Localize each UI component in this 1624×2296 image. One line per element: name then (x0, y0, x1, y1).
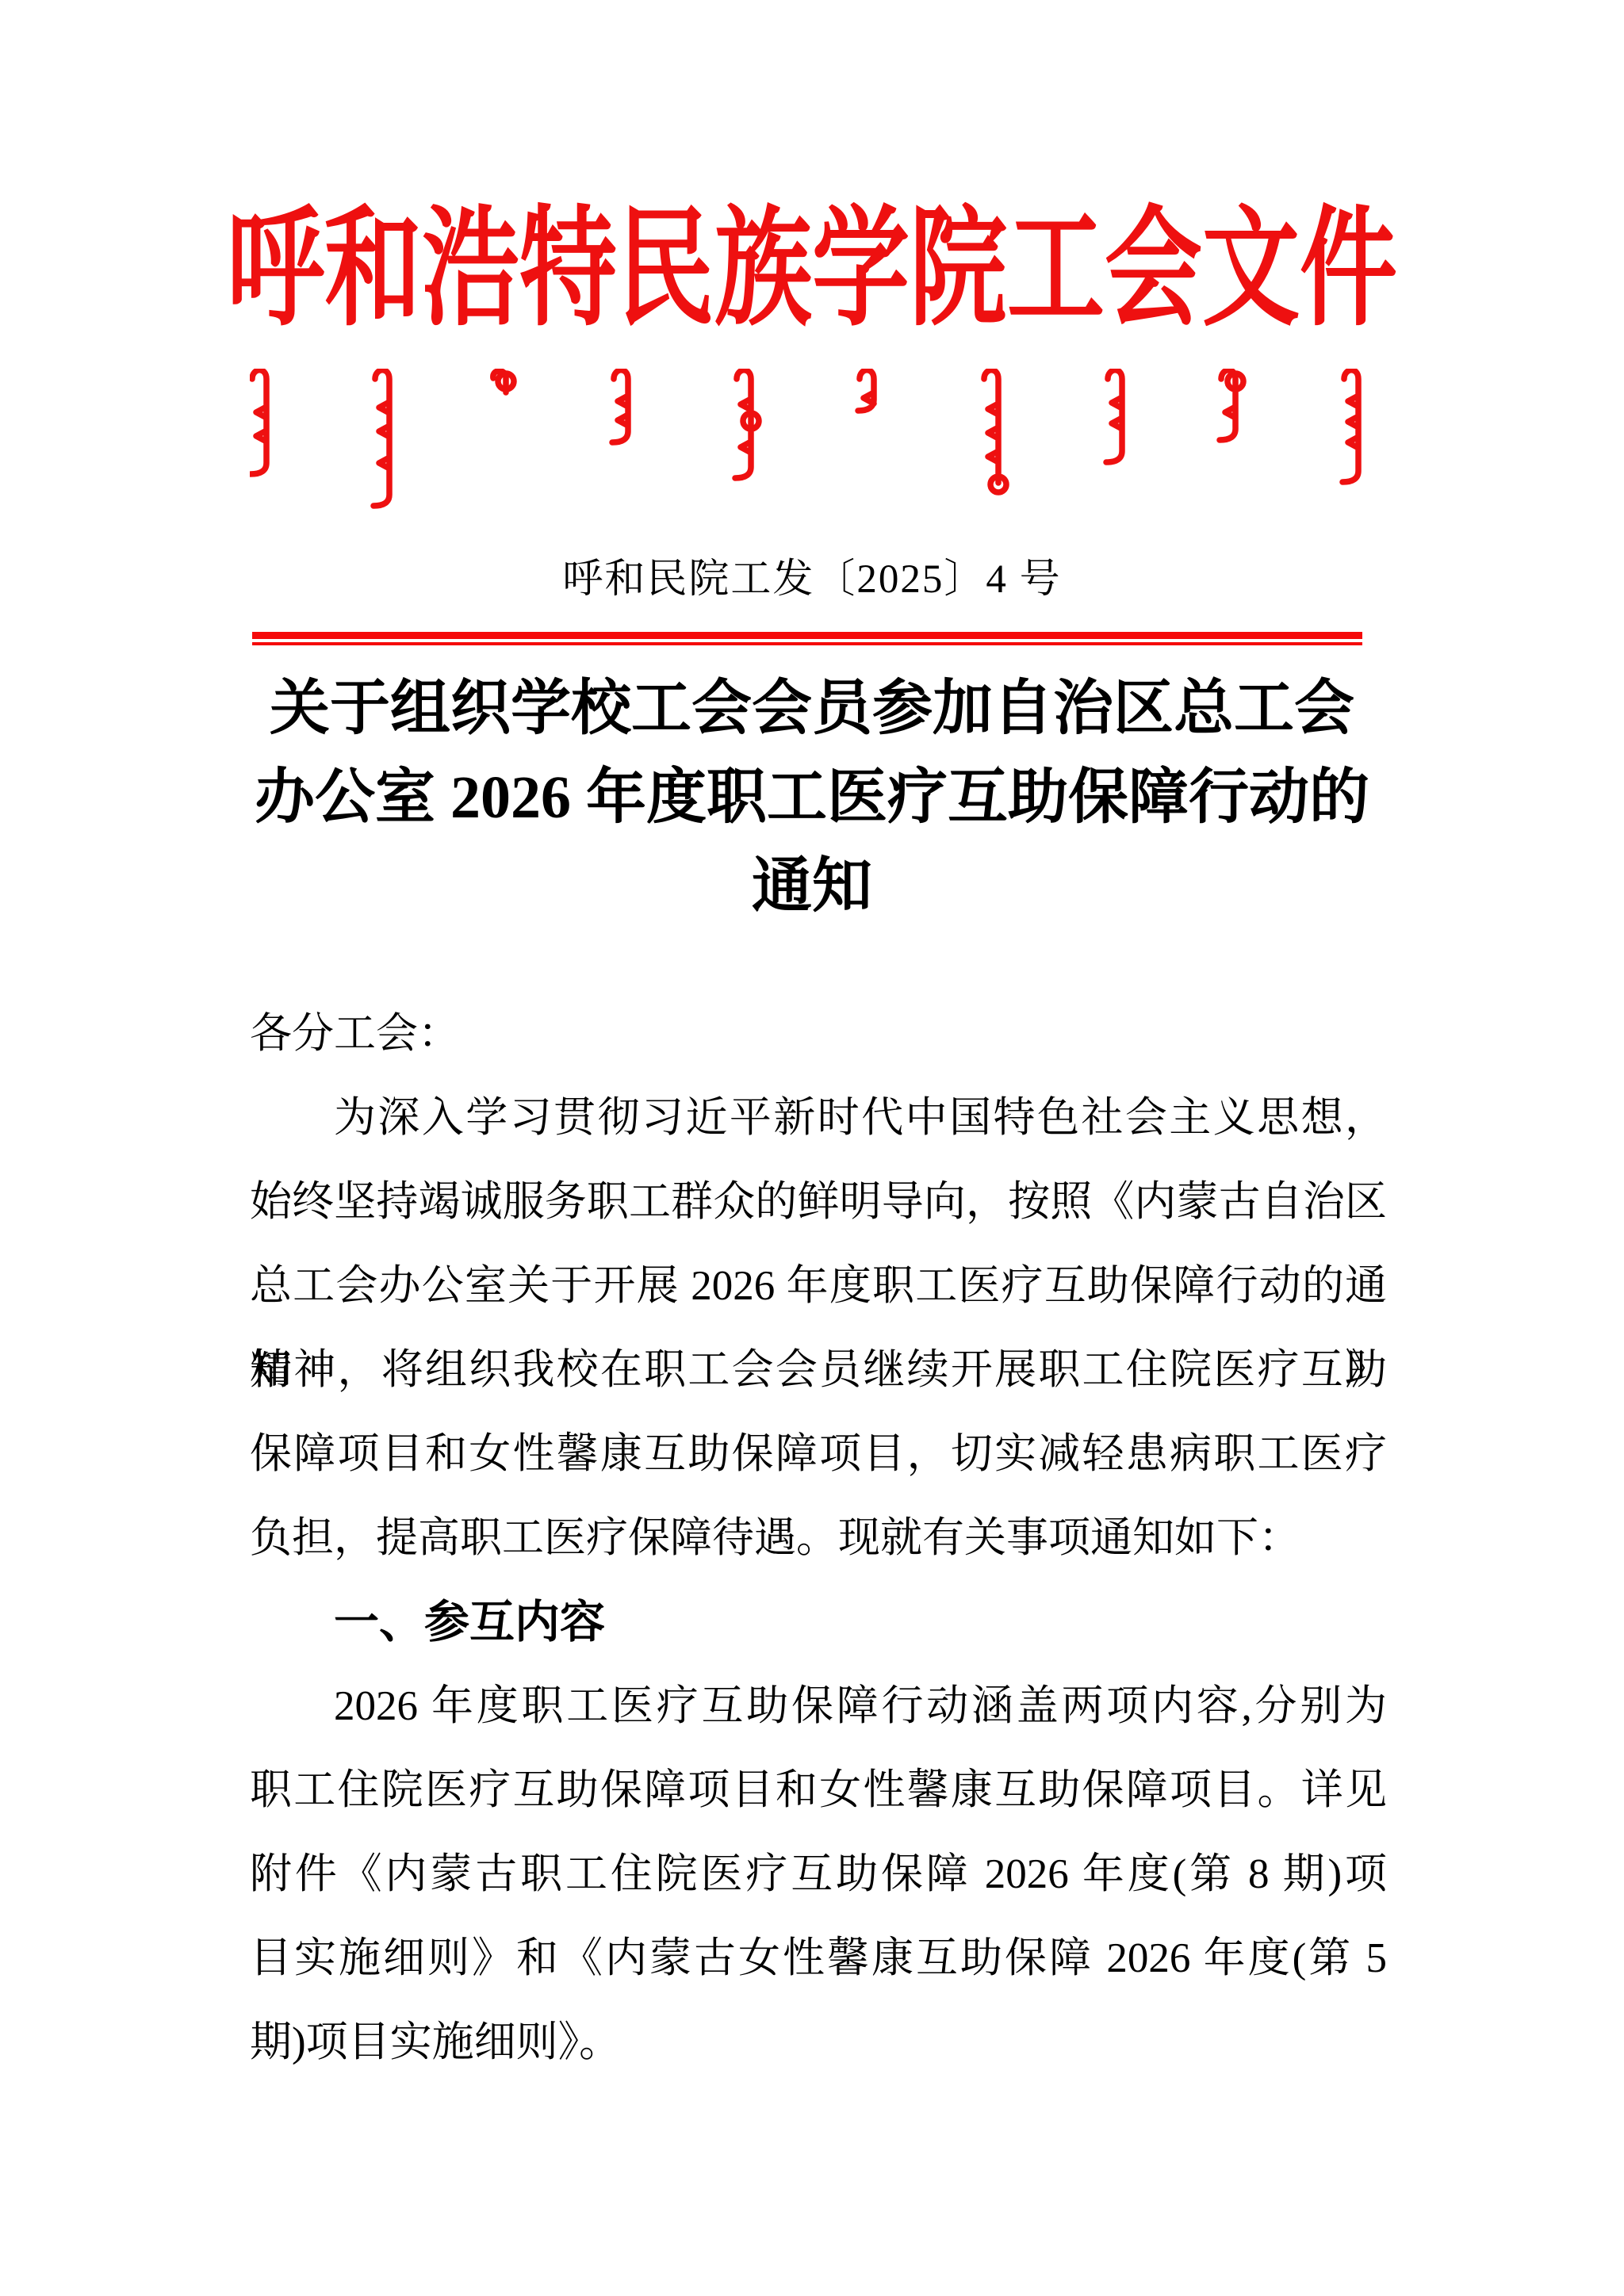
mongolian-script-strip (493, 371, 514, 392)
mongolian-script-strip (858, 370, 874, 411)
document-title-line: 通知 (0, 842, 1624, 931)
body-line: 期)项目实施细则》。 (250, 2000, 1387, 2084)
red-separator-rule (252, 632, 1362, 645)
body-line: 2026 年度职工医疗互助保障行动涵盖两项内容,分别为 (250, 1664, 1387, 1748)
body-line: 始终坚持竭诚服务职工群众的鲜明导向，按照《内蒙古自治区 (250, 1160, 1387, 1244)
document-body: 各分工会：为深入学习贯彻习近平新时代中国特色社会主义思想，始终坚持竭诚服务职工群… (250, 992, 1387, 2084)
document-title-line: 办公室 2026 年度职工医疗互助保障行动的 (0, 753, 1624, 842)
body-line: 精神，将组织我校在职工会会员继续开展职工住院医疗互助 (250, 1328, 1387, 1412)
body-line: 总工会办公室关于开展 2026 年度职工医疗互助保障行动的通知》 (250, 1244, 1387, 1328)
body-line: 职工住院医疗互助保障项目和女性馨康互助保障项目。详见 (250, 1748, 1387, 1832)
document-title: 关于组织学校工会会员参加自治区总工会 办公室 2026 年度职工医疗互助保障行动… (0, 664, 1624, 931)
body-line: 附件《内蒙古职工住院医疗互助保障 2026 年度(第 8 期)项 (250, 1832, 1387, 1916)
mongolian-script-strip (1220, 370, 1243, 440)
body-line: 为深入学习贯彻习近平新时代中国特色社会主义思想， (250, 1076, 1387, 1160)
doc-number: 呼和民院工发〔2025〕4 号 (0, 553, 1624, 606)
body-line: 目实施细则》和《内蒙古女性馨康互助保障 2026 年度(第 5 (250, 1916, 1387, 2000)
body-line: 各分工会： (250, 992, 1387, 1076)
document-title-line: 关于组织学校工会会员参加自治区总工会 (0, 664, 1624, 753)
body-line: 保障项目和女性馨康互助保障项目，切实减轻患病职工医疗 (250, 1412, 1387, 1496)
mongolian-script-strip (735, 370, 759, 478)
mongolian-script-strip (251, 370, 266, 474)
official-document-page: 呼和浩特民族学院工会文件 呼和民院工发〔2025〕4 号 关于组织学校工会会员参… (0, 0, 1624, 2296)
body-line: 负担，提高职工医疗保障待遇。现就有关事项通知如下： (250, 1496, 1387, 1580)
mongolian-script-strip (373, 370, 389, 506)
mongolian-vertical-script-decoration (250, 369, 1384, 527)
mongolian-script-strip (1106, 370, 1122, 462)
org-title: 呼和浩特民族学院工会文件 (0, 201, 1624, 338)
red-rule-thick-line (252, 632, 1362, 639)
section-heading: 一、参互内容 (250, 1580, 1387, 1664)
mongolian-script-strip (984, 370, 1006, 492)
red-rule-thin-line (252, 642, 1362, 645)
mongolian-script-strip (612, 370, 628, 442)
mongolian-script-strip (1342, 370, 1358, 482)
